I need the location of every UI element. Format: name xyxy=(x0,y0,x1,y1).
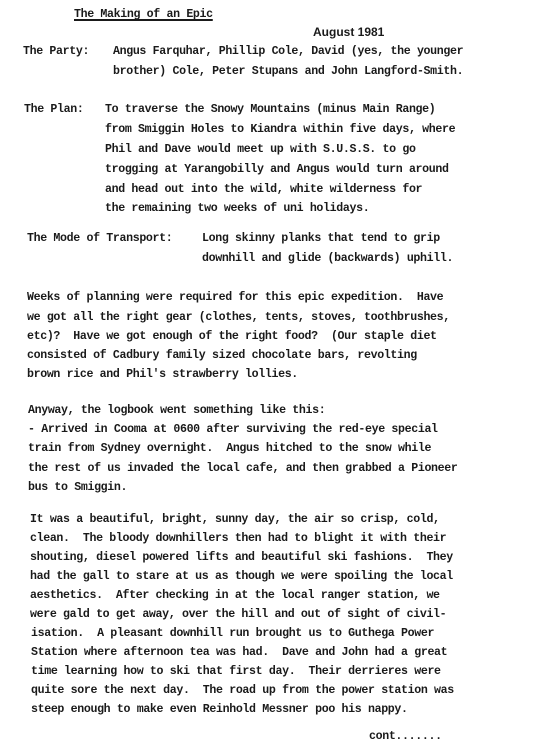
paragraph-line: It was a beautiful, bright, sunny day, t… xyxy=(30,514,440,526)
plan-line: the remaining two weeks of uni holidays. xyxy=(105,203,369,215)
party-line: brother) Cole, Peter Stupans and John La… xyxy=(113,66,463,78)
plan-line: from Smiggin Holes to Kiandra within fiv… xyxy=(105,124,455,136)
document-date: August 1981 xyxy=(313,26,384,38)
paragraph-line: the rest of us invaded the local cafe, a… xyxy=(28,463,457,475)
party-label: The Party: xyxy=(23,46,89,58)
paragraph-line: we got all the right gear (clothes, tent… xyxy=(27,312,450,324)
plan-line: trogging at Yarangobilly and Angus would… xyxy=(105,164,449,176)
paragraph-line: train from Sydney overnight. Angus hitch… xyxy=(28,443,431,455)
paragraph-line: aesthetics. After checking in at the loc… xyxy=(30,590,440,602)
paragraph-line: clean. The bloody downhillers then had t… xyxy=(30,533,446,545)
paragraph-line: Anyway, the logbook went something like … xyxy=(28,405,325,417)
plan-line: and head out into the wild, white wilder… xyxy=(105,184,422,196)
paragraph-line: steep enough to make even Reinhold Messn… xyxy=(31,704,408,716)
paragraph-line: isation. A pleasant downhill run brought… xyxy=(31,628,434,640)
paragraph-line: time learning how to ski that first day.… xyxy=(31,666,441,678)
plan-line: To traverse the Snowy Mountains (minus M… xyxy=(105,104,435,116)
party-line: Angus Farquhar, Phillip Cole, David (yes… xyxy=(113,46,463,58)
paragraph-line: were gald to get away, over the hill and… xyxy=(30,609,446,621)
paragraph-line: Weeks of planning were required for this… xyxy=(27,292,443,304)
paragraph-line: shouting, diesel powered lifts and beaut… xyxy=(30,552,453,564)
transport-line: Long skinny planks that tend to grip xyxy=(202,233,440,245)
plan-label: The Plan: xyxy=(24,104,83,116)
paragraph-line: Station where afternoon tea was had. Dav… xyxy=(31,647,447,659)
paragraph-line: etc)? Have we got enough of the right fo… xyxy=(27,331,437,343)
paragraph-line: consisted of Cadbury family sized chocol… xyxy=(27,350,417,362)
transport-line: downhill and glide (backwards) uphill. xyxy=(202,253,453,265)
transport-label: The Mode of Transport: xyxy=(27,233,172,245)
paragraph-line: bus to Smiggin. xyxy=(28,482,127,494)
paragraph-line: - Arrived in Cooma at 0600 after survivi… xyxy=(28,424,438,436)
document-title: The Making of an Epic xyxy=(74,9,213,21)
paragraph-line: quite sore the next day. The road up fro… xyxy=(31,685,454,697)
continued-marker: cont....... xyxy=(369,731,442,743)
paragraph-line: had the gall to stare at us as though we… xyxy=(30,571,453,583)
plan-line: Phil and Dave would meet up with S.U.S.S… xyxy=(105,144,416,156)
paragraph-line: brown rice and Phil's strawberry lollies… xyxy=(27,369,298,381)
